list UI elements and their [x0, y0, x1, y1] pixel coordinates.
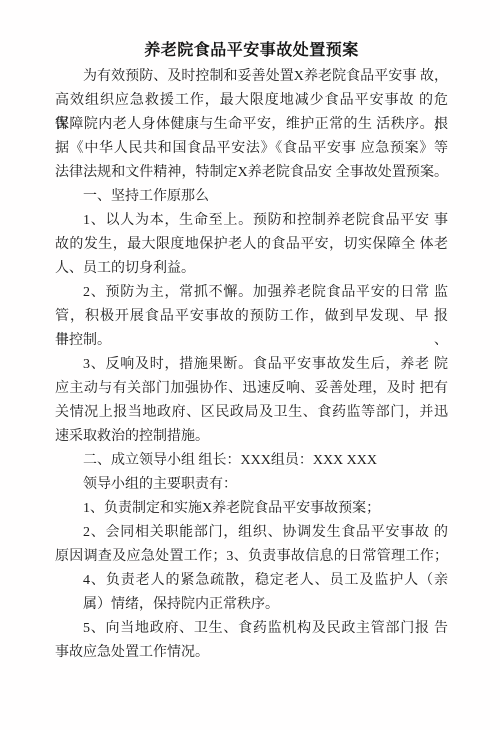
document-line: 据《中华人民共和国食品平安法》《食品平安事 应急预案》等	[55, 137, 448, 161]
document-line: 法律法规和文件精神，特制定X养老院食品安 全事故处置预案。	[55, 161, 448, 185]
document-line: 故的发生，最大限度地保护老人的食品平安，切实保障全 体老	[55, 233, 448, 257]
document-line: 高效组织应急救援工作，最大限度地减少食品平安事故 的危害，	[55, 89, 448, 113]
document-line: 5、向当地政府、卫生、食药监机构及民政主管部门报 告	[55, 617, 448, 641]
document-line: 1、负责制定和实施X养老院食品平安事故预案；	[55, 497, 448, 521]
document-line: 二、成立领导小组 组长：XXX组员：XXX XXX	[55, 449, 448, 473]
document-line: 关情况上报当地政府、区民政局及卫生、食药监等部门，并迅	[55, 401, 448, 425]
document-line: 事故应急处置工作情况。	[55, 641, 448, 665]
document-line: 领导小组的主要职责有：	[55, 473, 448, 497]
document-line: 属）情绪，保持院内正常秩序。	[55, 593, 448, 617]
document-line: 管，积极开展食品平安事故的预防工作，做到早发现、早 报告、	[55, 305, 448, 329]
document-line: 保障院内老人身体健康与生命平安，维护正常的生 活秩序。根	[55, 113, 448, 137]
document-page: 养老院食品平安事故处置预案 为有效预防、及时控制和妥善处置X养老院食品平安事 故…	[0, 0, 500, 730]
document-line: 人、员工的切身利益。	[55, 257, 448, 281]
document-line: 原因调查及应急处置工作；3、负责事故信息的日常管理工作；	[55, 545, 448, 569]
document-line: 应主动与有关部门加强协作、迅速反响、妥善处理，及时 把有	[55, 377, 448, 401]
document-line: 4、负责老人的紧急疏散，稳定老人、员工及监护人（亲	[55, 569, 448, 593]
document-line: 3、反响及时，措施果断。食品平安事故发生后，养老 院	[55, 353, 448, 377]
document-line: 2、预防为主，常抓不懈。加强养老院食品平安的日常 监	[55, 281, 448, 305]
document-line: 1、以人为本，生命至上。预防和控制养老院食品平安 事	[55, 209, 448, 233]
document-body: 为有效预防、及时控制和妥善处置X养老院食品平安事 故，高效组织应急救援工作，最大…	[55, 65, 448, 665]
document-line: 一、坚持工作原那么	[55, 185, 448, 209]
document-title: 养老院食品平安事故处置预案	[55, 39, 448, 63]
document-line: 速采取救治的控制措施。	[55, 425, 448, 449]
document-line: 2、会同相关职能部门，组织、协调发生食品平安事故 的	[55, 521, 448, 545]
document-line: 为有效预防、及时控制和妥善处置X养老院食品平安事 故，	[55, 65, 448, 89]
